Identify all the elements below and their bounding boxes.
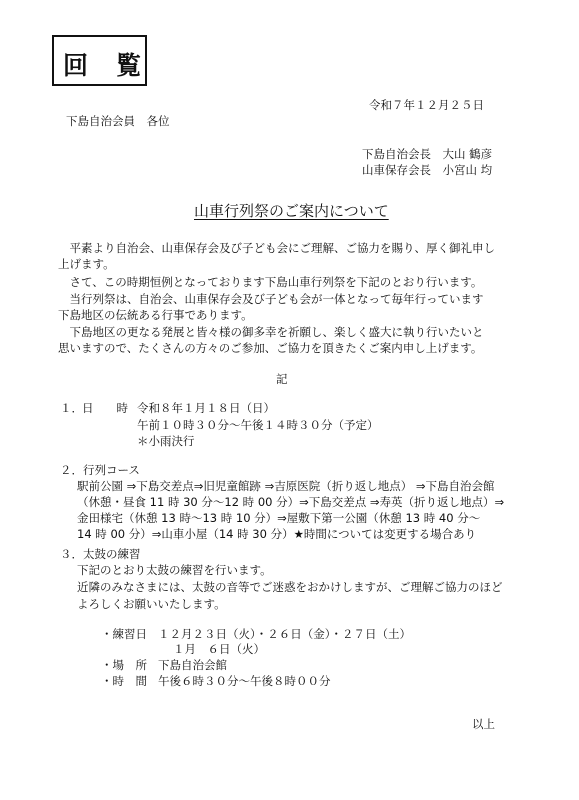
issue-date: 令和７年１２月２５日 (369, 97, 484, 113)
section3-line: 近隣のみなさまには、太鼓の音等でご迷惑をおかけしますが、ご理解ご協力のほど (77, 579, 503, 595)
body-paragraph-line: さて、この時期恒例となっております下島山車行列祭を下記のとおり行います。 (58, 274, 482, 290)
course-line: 14 時 00 分）⇒山車小屋（14 時 30 分）★時間については変更する場合… (77, 526, 476, 542)
section1-note: ＊小雨決行 (137, 433, 195, 449)
section3-line: 下記のとおり太鼓の練習を行います。 (77, 562, 272, 578)
practice-time-label: ・時 間 (101, 673, 147, 689)
addressee: 下島自治会員 各位 (66, 113, 170, 129)
closing-mark: 以上 (472, 716, 495, 732)
section1-time: 午前１０時３０分～午後１４時３０分（予定） (137, 417, 379, 433)
section3-heading: ３．太鼓の練習 (60, 546, 141, 562)
practice-days-value-2: １月 ６日（火） (173, 641, 265, 657)
circulation-label-char-1: 回 (63, 46, 88, 82)
body-paragraph-line: 下島地区の伝統ある行事であります。 (58, 307, 253, 323)
ki-marker: 記 (276, 371, 288, 387)
document-title: 山車行列祭のご案内について (194, 200, 389, 221)
section1-heading: 日 時 (82, 400, 128, 416)
practice-time-value: 午後６時３０分～午後８時００分 (158, 673, 331, 689)
section2-heading: ２．行列コース (60, 462, 140, 478)
practice-place-value: 下島自治会館 (158, 657, 227, 673)
course-line: 金田様宅（休憩 13 時～13 時 10 分）⇒屋敷下第一公園（休憩 13 時 … (77, 510, 480, 526)
body-paragraph-line: 上げます。 (58, 256, 115, 272)
body-paragraph-line: 当行列祭は、自治会、山車保存会及び子ども会が一体となって毎年行っています (58, 291, 484, 307)
circulation-notice-box: 回 覧 (52, 35, 147, 86)
section1-date: 令和８年１月１８日（日） (137, 400, 275, 416)
course-line: 駅前公園 ⇒下島交差点⇒旧児童館跡 ⇒吉原医院（折り返し地点） ⇒下島自治会館 (77, 478, 495, 494)
sender-1: 下島自治会長 大山 鶴彦 (362, 146, 492, 162)
section1-number: １． (60, 400, 83, 416)
practice-place-label: ・場 所 (101, 657, 147, 673)
sender-2: 山車保存会長 小宮山 均 (362, 162, 492, 178)
section3-line: よろしくお願いいたします。 (77, 596, 226, 612)
body-paragraph-line: 下島地区の更なる発展と皆々様の御多幸を祈願し、楽しく盛大に執り行いたいと (58, 324, 484, 340)
body-paragraph-line: 思いますので、たくさんの方々のご参加、ご協力を頂きたくご案内申し上げます。 (58, 340, 482, 356)
circulation-label-char-2: 覧 (116, 46, 141, 82)
practice-days-label: ・練習日 (101, 626, 147, 642)
body-paragraph-line: 平素より自治会、山車保存会及び子ども会にご理解、ご協力を賜り、厚く御礼申し (58, 240, 495, 256)
course-line: （休憩・昼食 11 時 30 分～12 時 00 分）⇒下島交差点 ⇒寿英（折り… (77, 494, 504, 510)
practice-days-value: １２月２３日（火）・２６日（金）・２７日（土） (158, 626, 411, 642)
